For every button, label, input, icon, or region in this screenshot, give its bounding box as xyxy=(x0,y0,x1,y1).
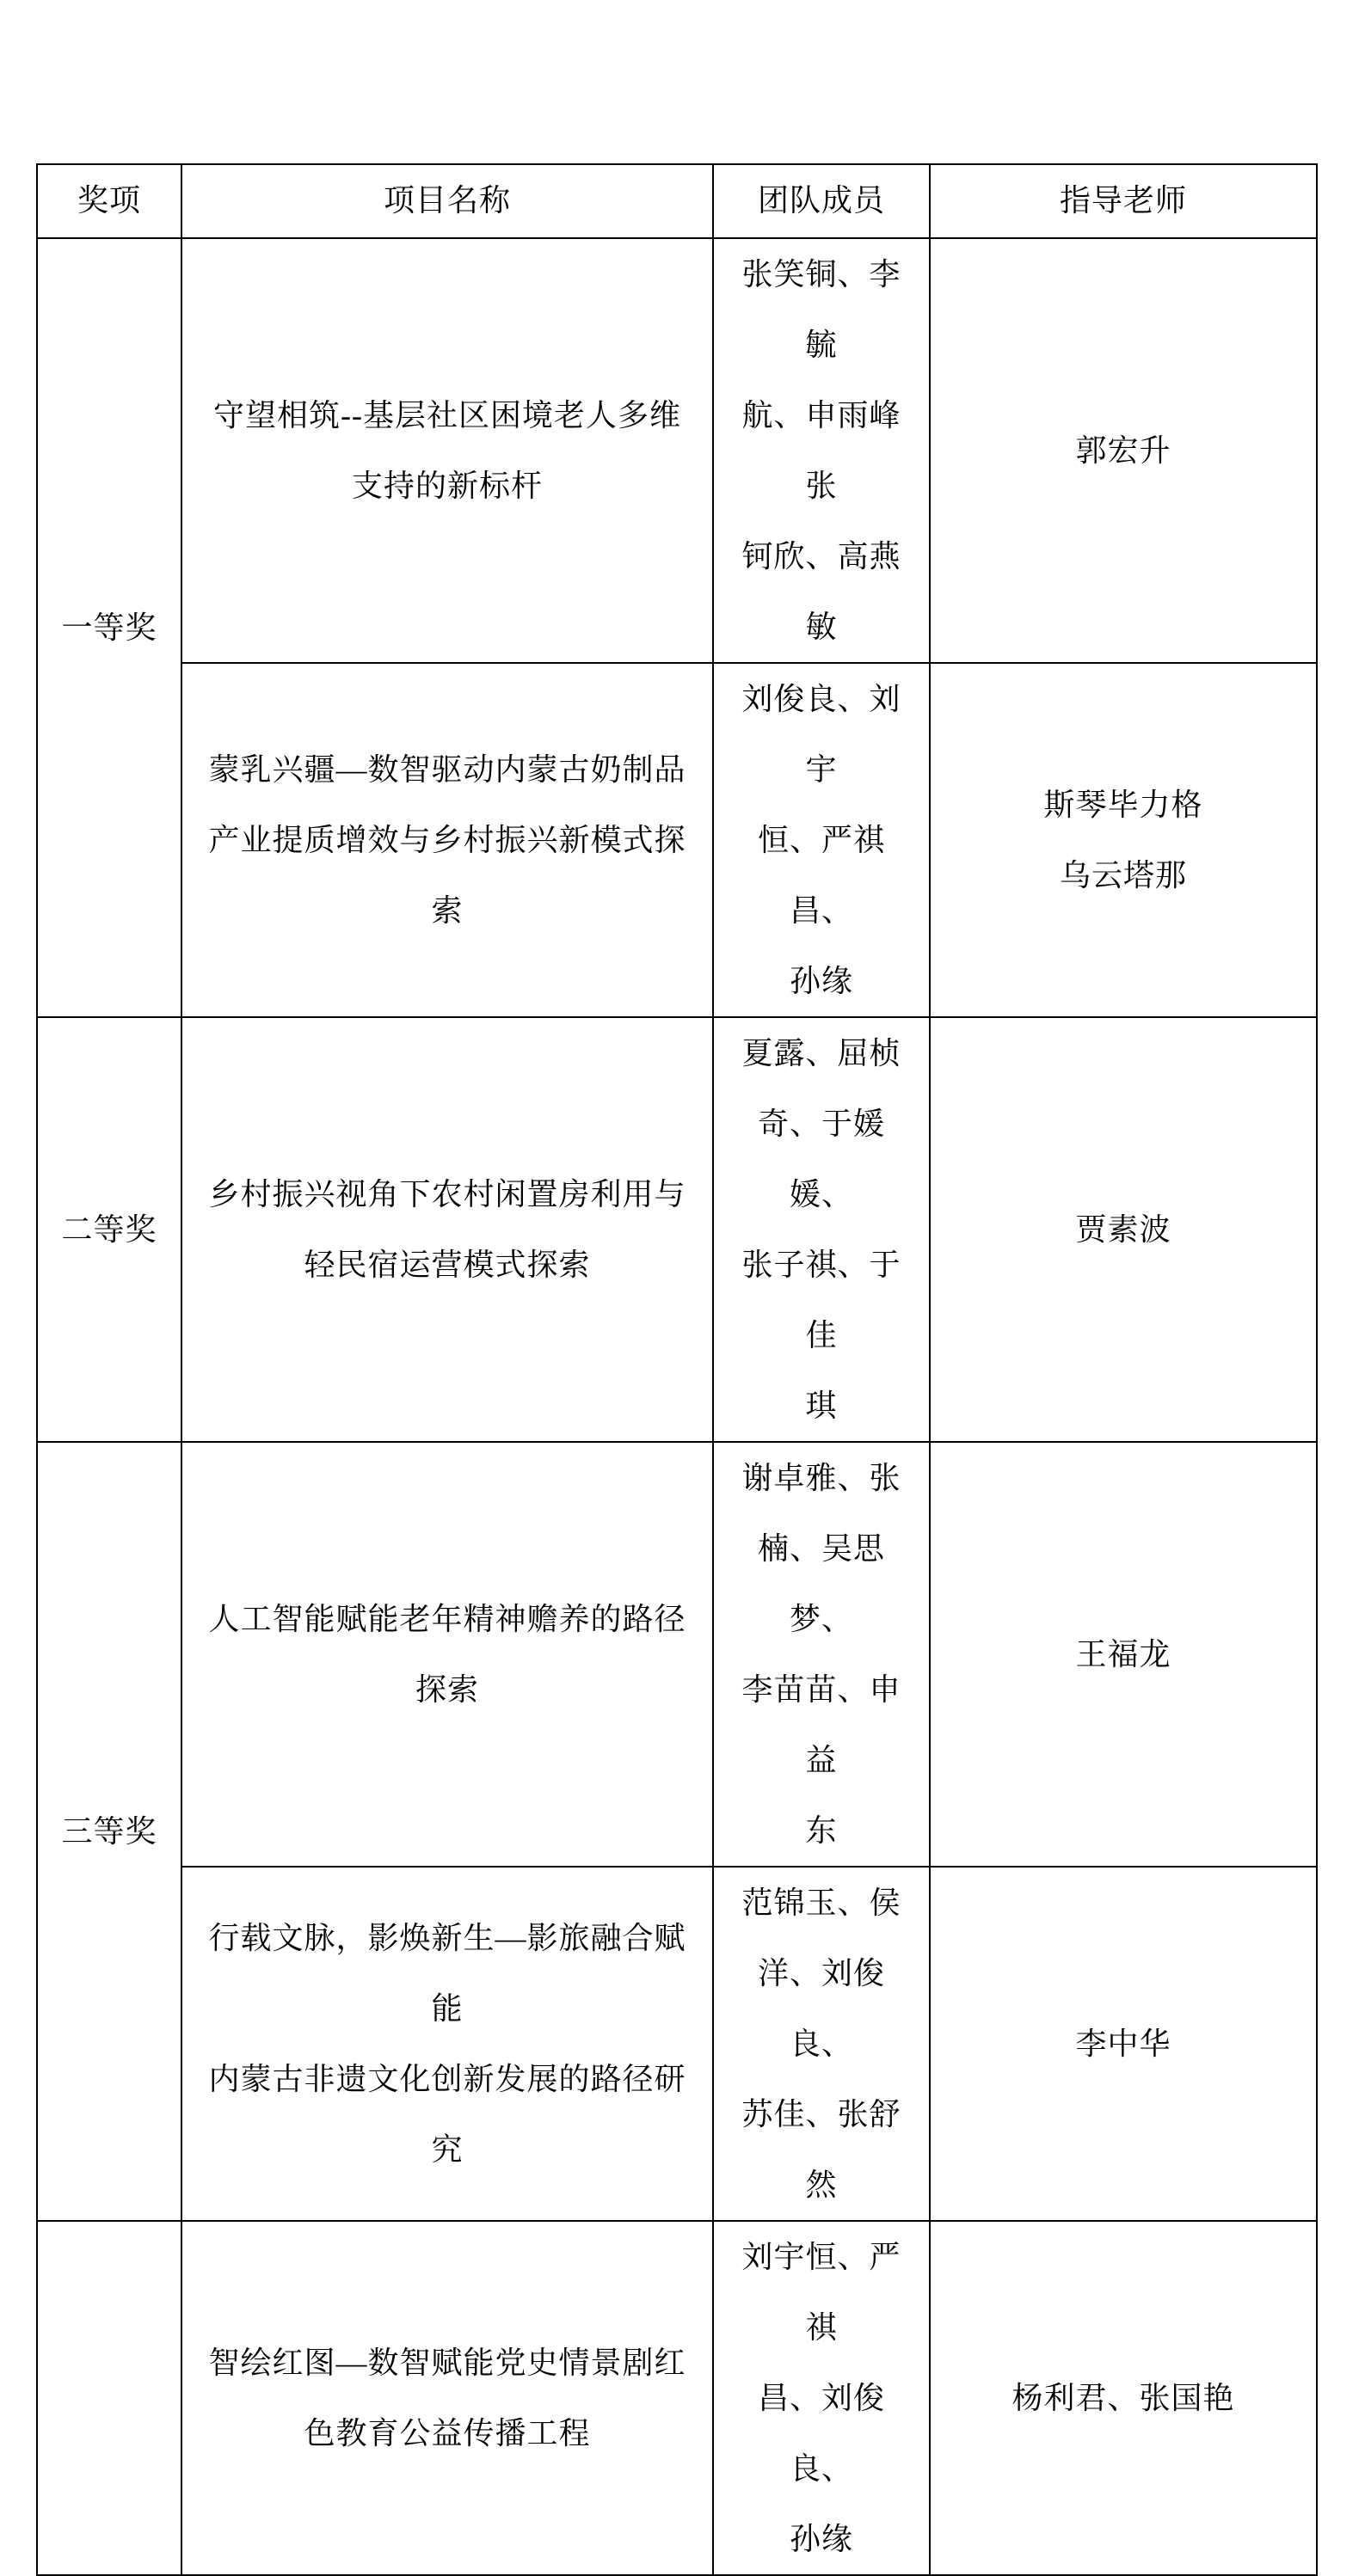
table-row: 智绘红图—数智赋能党史情景剧红 色教育公益传播工程 刘宇恒、严祺 昌、刘俊良、 … xyxy=(37,2221,1317,2575)
award-cell-empty xyxy=(37,2221,181,2575)
header-award: 奖项 xyxy=(37,164,181,238)
project-cell: 乡村振兴视角下农村闲置房利用与 轻民宿运营模式探索 xyxy=(181,1017,713,1442)
advisor-cell: 郭宏升 xyxy=(930,238,1317,663)
header-advisor: 指导老师 xyxy=(930,164,1317,238)
table-row: 一等奖 守望相筑--基层社区困境老人多维 支持的新标杆 张笑铜、李毓 航、申雨峰… xyxy=(37,238,1317,663)
project-cell: 人工智能赋能老年精神赡养的路径 探索 xyxy=(181,1442,713,1867)
award-cell-third-prize: 三等奖 xyxy=(37,1442,181,2221)
award-cell-second-prize: 二等奖 xyxy=(37,1017,181,1442)
table-header-row: 奖项 项目名称 团队成员 指导老师 xyxy=(37,164,1317,238)
advisor-cell: 贾素波 xyxy=(930,1017,1317,1442)
table-row: 三等奖 人工智能赋能老年精神赡养的路径 探索 谢卓雅、张 楠、吴思梦、 李苗苗、… xyxy=(37,1442,1317,1867)
header-team: 团队成员 xyxy=(713,164,930,238)
header-project: 项目名称 xyxy=(181,164,713,238)
team-cell: 刘俊良、刘宇 恒、严祺昌、 孙缘 xyxy=(713,663,930,1017)
advisor-cell: 斯琴毕力格 乌云塔那 xyxy=(930,663,1317,1017)
document-page: { "header": { "award": "奖项", "project": … xyxy=(0,0,1365,1930)
table-row: 二等奖 乡村振兴视角下农村闲置房利用与 轻民宿运营模式探索 夏露、屈桢 奇、于媛… xyxy=(37,1017,1317,1442)
advisor-cell: 杨利君、张国艳 xyxy=(930,2221,1317,2575)
team-cell: 夏露、屈桢 奇、于媛媛、 张子祺、于佳 琪 xyxy=(713,1017,930,1442)
team-cell: 刘宇恒、严祺 昌、刘俊良、 孙缘 xyxy=(713,2221,930,2575)
advisor-cell: 王福龙 xyxy=(930,1442,1317,1867)
awards-table: 奖项 项目名称 团队成员 指导老师 一等奖 守望相筑--基层社区困境老人多维 支… xyxy=(36,163,1318,2576)
advisor-cell: 李中华 xyxy=(930,1867,1317,2221)
project-cell: 智绘红图—数智赋能党史情景剧红 色教育公益传播工程 xyxy=(181,2221,713,2575)
award-cell-first-prize: 一等奖 xyxy=(37,238,181,1017)
team-cell: 张笑铜、李毓 航、申雨峰张 钶欣、高燕敏 xyxy=(713,238,930,663)
table-row: 蒙乳兴疆—数智驱动内蒙古奶制品 产业提质增效与乡村振兴新模式探 索 刘俊良、刘宇… xyxy=(37,663,1317,1017)
table-row: 行载文脉，影焕新生—影旅融合赋能 内蒙古非遗文化创新发展的路径研 究 范锦玉、侯… xyxy=(37,1867,1317,2221)
team-cell: 范锦玉、侯 洋、刘俊良、 苏佳、张舒然 xyxy=(713,1867,930,2221)
project-cell: 守望相筑--基层社区困境老人多维 支持的新标杆 xyxy=(181,238,713,663)
team-cell: 谢卓雅、张 楠、吴思梦、 李苗苗、申益 东 xyxy=(713,1442,930,1867)
project-cell: 蒙乳兴疆—数智驱动内蒙古奶制品 产业提质增效与乡村振兴新模式探 索 xyxy=(181,663,713,1017)
project-cell: 行载文脉，影焕新生—影旅融合赋能 内蒙古非遗文化创新发展的路径研 究 xyxy=(181,1867,713,2221)
